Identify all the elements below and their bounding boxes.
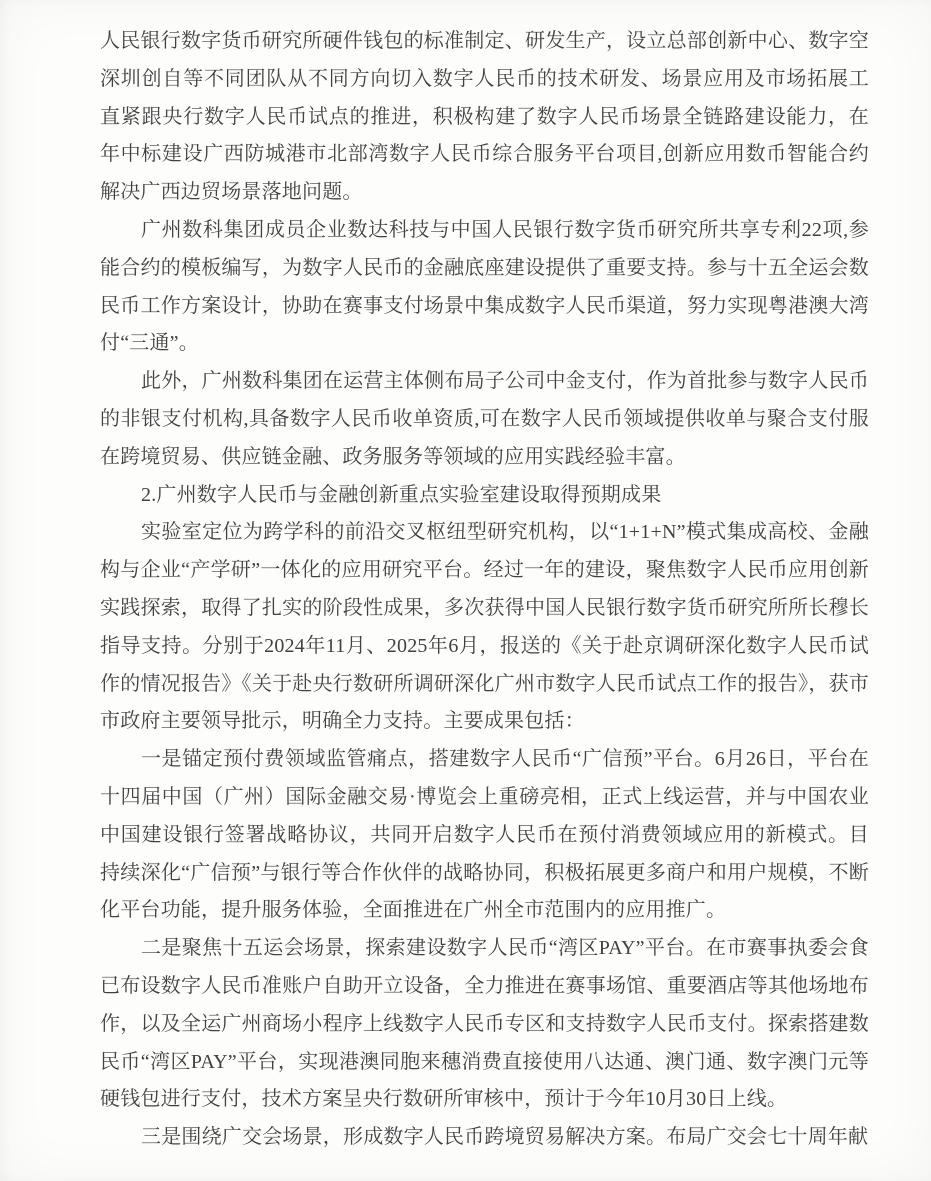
text-line: 中国建设银行签署战略协议，共同开启数字人民币在预付消费领域应用的新模式。目前，正 xyxy=(100,817,869,855)
text-line: 付“三通”。 xyxy=(100,325,869,363)
text-line: 市政府主要领导批示，明确全力支持。主要成果包括： xyxy=(100,703,869,741)
paragraph: 一是锚定预付费领域监管痛点，搭建数字人民币“广信预”平台。6月26日，平台在第十… xyxy=(100,741,869,930)
text-line: 指导支持。分别于2024年11月、2025年6月，报送的《关于赴京调研深化数字人… xyxy=(100,628,869,666)
text-line: 实验室定位为跨学科的前沿交叉枢纽型研究机构，以“1+1+N”模式集成高校、金融机 xyxy=(100,514,869,552)
text-line: 深圳创自等不同团队从不同方向切入数字人民币的技术研发、场景应用及市场拓展工作，一 xyxy=(100,61,869,99)
paragraph: 此外，广州数科集团在运营主体侧布局子公司中金支付，作为首批参与数字人民币试点的非… xyxy=(100,363,869,476)
text-line: 民币“湾区PAY”平台，实现港澳同胞来穗消费直接使用八达通、澳门通、数字澳门元等… xyxy=(100,1044,869,1082)
text-line: 民币工作方案设计，协助在赛事支付场景中集成数字人民币渠道，努力实现粤港澳大湾区支 xyxy=(100,288,869,326)
text-line: 广州数科集团成员企业数达科技与中国人民银行数字货币研究所共享专利22项,参与智 xyxy=(100,212,869,250)
paragraph: 实验室定位为跨学科的前沿交叉枢纽型研究机构，以“1+1+N”模式集成高校、金融机… xyxy=(100,514,869,741)
text-line: 2.广州数字人民币与金融创新重点实验室建设取得预期成果 xyxy=(100,477,869,515)
text-line: 解决广西边贸场景落地问题。 xyxy=(100,174,869,212)
text-line: 人民银行数字货币研究所硬件钱包的标准制定、研发生产，设立总部创新中心、数字空间、 xyxy=(100,23,869,61)
paragraph: 广州数科集团成员企业数达科技与中国人民银行数字货币研究所共享专利22项,参与智能… xyxy=(100,212,869,363)
text-line: 十四届中国（广州）国际金融交易·博览会上重磅亮相，正式上线运营，并与中国农业银行… xyxy=(100,779,869,817)
text-line: 三是围绕广交会场景，形成数字人民币跨境贸易解决方案。布局广交会七十周年献礼， xyxy=(100,1119,869,1157)
paragraph: 人民银行数字货币研究所硬件钱包的标准制定、研发生产，设立总部创新中心、数字空间、… xyxy=(100,23,869,212)
text-line: 能合约的模板编写，为数字人民币的金融底座建设提供了重要支持。参与十五全运会数字人 xyxy=(100,250,869,288)
text-line: 作，以及全运广州商场小程序上线数字人民币专区和支持数字人民币支付。探索搭建数字人 xyxy=(100,1006,869,1044)
text-line: 构与企业“产学研”一体化的应用研究平台。经过一年的建设，聚焦数字人民币应用创新与 xyxy=(100,552,869,590)
text-line: 年中标建设广西防城港市北部湾数字人民币综合服务平台项目,创新应用数币智能合约技术 xyxy=(100,136,869,174)
text-line: 二是聚焦十五运会场景，探索建设数字人民币“湾区PAY”平台。在市赛事执委会食堂 xyxy=(100,930,869,968)
paragraph: 二是聚焦十五运会场景，探索建设数字人民币“湾区PAY”平台。在市赛事执委会食堂已… xyxy=(100,930,869,1119)
text-line: 的非银支付机构,具备数字人民币收单资质,可在数字人民币领域提供收单与聚合支付服务… xyxy=(100,401,869,439)
document-page: 人民银行数字货币研究所硬件钱包的标准制定、研发生产，设立总部创新中心、数字空间、… xyxy=(0,0,931,1181)
text-line: 一是锚定预付费领域监管痛点，搭建数字人民币“广信预”平台。6月26日，平台在第 xyxy=(100,741,869,779)
paragraph: 三是围绕广交会场景，形成数字人民币跨境贸易解决方案。布局广交会七十周年献礼， xyxy=(100,1119,869,1157)
text-line: 直紧跟央行数字人民币试点的推进，积极构建了数字人民币场景全链路建设能力，在202… xyxy=(100,99,869,137)
text-line: 持续深化“广信预”与银行等合作伙伴的战略协同，积极拓展更多商户和用户规模，不断优 xyxy=(100,855,869,893)
document-body: 人民银行数字货币研究所硬件钱包的标准制定、研发生产，设立总部创新中心、数字空间、… xyxy=(100,23,869,1157)
text-line: 此外，广州数科集团在运营主体侧布局子公司中金支付，作为首批参与数字人民币试点 xyxy=(100,363,869,401)
paragraph: 2.广州数字人民币与金融创新重点实验室建设取得预期成果 xyxy=(100,477,869,515)
text-line: 在跨境贸易、供应链金融、政务服务等领域的应用实践经验丰富。 xyxy=(100,439,869,477)
text-line: 作的情况报告》《关于赴央行数研所调研深化广州市数字人民币试点工作的报告》，获市委 xyxy=(100,666,869,704)
text-line: 化平台功能，提升服务体验，全面推进在广州全市范围内的应用推广。 xyxy=(100,892,869,930)
text-line: 硬钱包进行支付，技术方案呈央行数研所审核中，预计于今年10月30日上线。 xyxy=(100,1081,869,1119)
text-line: 已布设数字人民币准账户自助开立设备，全力推进在赛事场馆、重要酒店等其他场地布设工 xyxy=(100,968,869,1006)
text-line: 实践探索，取得了扎实的阶段性成果，多次获得中国人民银行数字货币研究所所长穆长春的 xyxy=(100,590,869,628)
